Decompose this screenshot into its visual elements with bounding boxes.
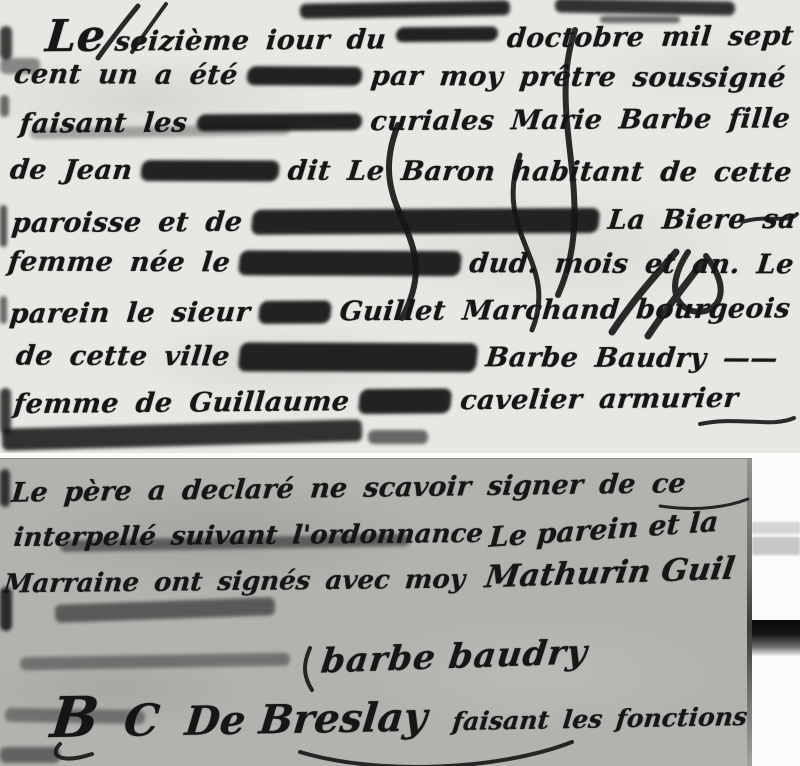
scan-edge-mark <box>0 205 7 247</box>
register-fragment-bottom: Le père a declaré ne scavoir signer de c… <box>0 458 752 766</box>
line-text-pre: seizième iour du <box>113 24 387 57</box>
scan-margin <box>752 458 800 766</box>
ink-blot <box>140 160 280 181</box>
register-fragment-top: Le seizième iour du doctobre mil sept ce… <box>0 0 800 453</box>
line-text-post: La Biere sa <box>607 204 798 236</box>
scan-edge-mark <box>0 469 10 507</box>
record-line-2: cent un a été par moy prêtre soussigné <box>13 59 788 94</box>
record-line-5: paroisse et de La Biere sa <box>10 204 798 239</box>
signature-mathurin-guillet: Mathurin Guil <box>483 551 737 596</box>
line-text-pre: cent un a été <box>13 59 240 91</box>
ink-blot <box>238 250 462 276</box>
record-line-4: de Jean dit Le Baron habitant de cette <box>8 155 793 189</box>
signature-priest-line: B C De Breslay faisant les fonctions cur… <box>48 676 752 746</box>
line-text-pre: femme née le <box>6 247 231 279</box>
closing-line-3: Marraine ont signés avec moy <box>2 565 466 600</box>
line-text-pre: de Jean <box>8 155 134 186</box>
scan-edge-mark <box>0 95 9 117</box>
record-line-8: de cette ville Barbe Baudry —— <box>14 341 779 375</box>
scan-edge-mark <box>0 388 11 434</box>
scan-artifact-dark-band <box>752 620 800 656</box>
scan-edge-mark <box>0 58 40 74</box>
line-text-post: par moy prêtre soussigné <box>369 61 787 94</box>
bleed-through-mark <box>368 430 428 444</box>
closing-line-1: Le père a declaré ne scavoir signer de c… <box>10 468 687 508</box>
ink-blot <box>357 388 452 414</box>
bleed-through-mark <box>2 419 362 450</box>
line-text-post: curiales Marie Barbe fille <box>369 103 792 137</box>
record-line-7: parein le sieur Guillet Marchand bourgeo… <box>8 293 792 329</box>
ink-blot <box>237 342 478 372</box>
ink-blot <box>258 300 332 323</box>
bleed-through-mark <box>5 708 145 724</box>
scan-edge-mark <box>0 296 7 324</box>
line-text-pre: de cette ville <box>14 341 231 373</box>
line-initial: Le <box>44 15 108 60</box>
bleed-through-mark <box>20 653 290 671</box>
record-line-6: femme née le dud. mois et an. Le <box>6 247 795 281</box>
bleed-through-mark <box>55 597 275 623</box>
line-text-post: dit Le Baron habitant de cette <box>286 156 793 189</box>
line-text-post: dud. mois et an. Le <box>468 248 796 280</box>
signature-barbe-baudry: barbe baudry <box>319 632 590 681</box>
line-text-post: Barbe Baudry —— <box>484 342 779 374</box>
fragment-edge-shadow <box>747 458 752 766</box>
bleed-through-mark <box>600 16 680 23</box>
record-line-9: femme de Guillaume cavelier armurier <box>12 383 740 420</box>
line-text-post: doctobre mil sept <box>506 21 796 54</box>
scan-edge-mark <box>0 587 12 631</box>
signature-de-breslay: De Breslay <box>183 698 429 742</box>
ink-blot <box>395 26 499 42</box>
scan-edge-mark <box>0 747 60 763</box>
line-text-post: cavelier armurier <box>459 383 740 416</box>
line-text-pre: femme de Guillaume <box>12 386 351 420</box>
scan-artifact-band <box>752 522 800 534</box>
scan-artifact-band <box>752 537 800 555</box>
closing-line-2-right: Le parein et la <box>488 505 720 554</box>
ink-blot <box>246 66 363 86</box>
line-text-post: Guillet Marchand bourgeois <box>338 293 792 327</box>
document-scan: Le seizième iour du doctobre mil sept ce… <box>0 0 800 766</box>
line-text-pre: paroisse et de <box>10 207 244 239</box>
signature-role: faisant les fonctions curiales <box>451 700 752 736</box>
scan-edge-mark <box>0 26 12 60</box>
line-text-pre: parein le sieur <box>8 297 252 330</box>
ink-blot <box>250 208 600 235</box>
